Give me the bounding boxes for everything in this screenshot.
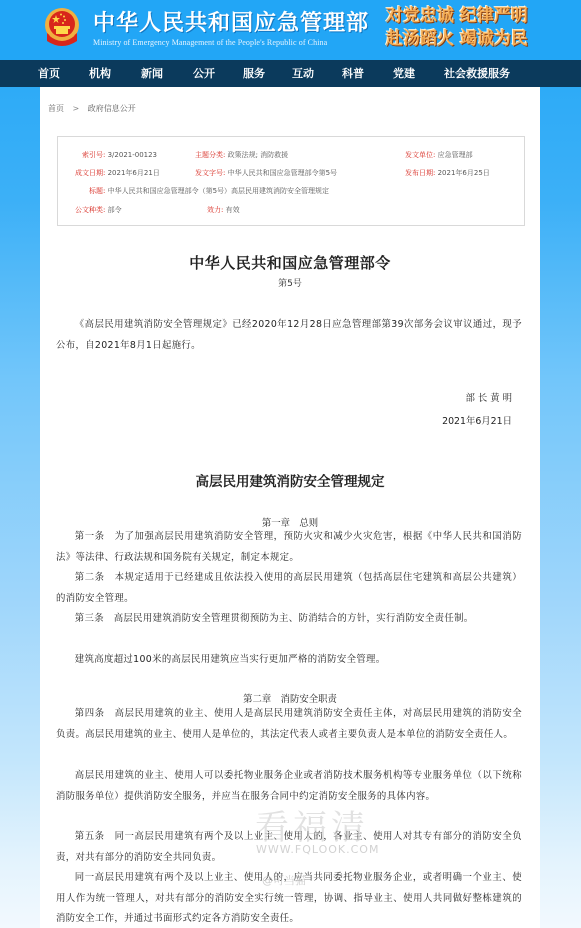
meta-category-label: 主题分类: <box>195 151 225 159</box>
meta-issuer-label: 发文单位: <box>405 151 435 159</box>
meta-validity-value: 有效 <box>226 206 240 214</box>
article-4: 第四条 高层民用建筑的业主、使用人是高层民用建筑消防安全责任主体，对高层民用建筑… <box>56 704 522 745</box>
nav-item-services[interactable]: 服务 <box>243 60 265 87</box>
document-title: 中华人民共和国应急管理部令 <box>40 252 540 273</box>
article-5-paragraph-2: 同一高层民用建筑有两个及以上业主、使用人的，应当共同委托物业服务企业，或者明确一… <box>56 868 522 928</box>
nav-item-home[interactable]: 首页 <box>38 60 60 87</box>
site-title[interactable]: 中华人民共和国应急管理部 <box>93 6 369 37</box>
meta-doc-no-label: 发文字号: <box>195 169 225 177</box>
national-emblem-icon[interactable] <box>42 7 82 50</box>
article-5: 第五条 同一高层民用建筑有两个及以上业主、使用人的，各业主、使用人对其专有部分的… <box>56 827 522 868</box>
site-subtitle: Ministry of Emergency Management of the … <box>93 38 327 47</box>
meta-date-written-value: 2021年6月21日 <box>108 169 160 177</box>
meta-publish-date: 发布日期: 2021年6月25日 <box>405 168 490 178</box>
meta-title-value: 中华人民共和国应急管理部令（第5号）高层民用建筑消防安全管理规定 <box>108 187 329 195</box>
meta-index: 索引号: 3/2021-00123 <box>82 150 157 160</box>
site-header: 中华人民共和国应急管理部 Ministry of Emergency Manag… <box>0 0 581 60</box>
metadata-box: 索引号: 3/2021-00123 主题分类: 政策法规; 消防救援 发文单位:… <box>57 136 525 226</box>
main-nav: 首页 机构 新闻 公开 服务 互动 科普 党建 社会救援服务 <box>0 60 581 87</box>
nav-item-organization[interactable]: 机构 <box>89 60 111 87</box>
meta-index-value: 3/2021-00123 <box>108 151 157 159</box>
meta-issuer: 发文单位: 应急管理部 <box>405 150 473 160</box>
meta-doc-no: 发文字号: 中华人民共和国应急管理部令第5号 <box>195 168 337 178</box>
meta-title-label: 标题: <box>89 187 105 195</box>
chapter-2-heading: 第二章 消防安全职责 <box>40 691 540 705</box>
nav-item-news[interactable]: 新闻 <box>141 60 163 87</box>
meta-doc-type-label: 公文种类: <box>75 206 105 214</box>
nav-item-disclosure[interactable]: 公开 <box>193 60 215 87</box>
meta-category: 主题分类: 政策法规; 消防救援 <box>195 150 288 160</box>
slogan-line-1: 对党忠诚 纪律严明 <box>386 5 546 28</box>
signer: 部 长 黄 明 <box>466 390 512 404</box>
meta-title: 标题: 中华人民共和国应急管理部令（第5号）高层民用建筑消防安全管理规定 <box>89 186 329 196</box>
slogan: 对党忠诚 纪律严明 赴汤蹈火 竭诚为民 <box>386 5 546 51</box>
nav-item-party[interactable]: 党建 <box>393 60 415 87</box>
meta-doc-type: 公文种类: 部令 <box>75 205 122 215</box>
nav-item-rescue-services[interactable]: 社会救援服务 <box>444 60 510 87</box>
article-1: 第一条 为了加强高层民用建筑消防安全管理，预防火灾和减少火灾危害，根据《中华人民… <box>56 527 522 568</box>
regulation-title: 高层民用建筑消防安全管理规定 <box>40 470 540 490</box>
meta-issuer-value: 应急管理部 <box>438 151 473 159</box>
meta-doc-no-value: 中华人民共和国应急管理部令第5号 <box>228 169 337 177</box>
content-panel: 首页 > 政府信息公开 索引号: 3/2021-00123 主题分类: 政策法规… <box>40 87 540 928</box>
sign-date: 2021年6月21日 <box>442 413 512 427</box>
breadcrumb-separator: > <box>73 104 80 113</box>
breadcrumb-gov-info[interactable]: 政府信息公开 <box>88 104 136 113</box>
article-2: 第二条 本规定适用于已经建成且依法投入使用的高层民用建筑（包括高层住宅建筑和高层… <box>56 568 522 609</box>
slogan-line-2: 赴汤蹈火 竭诚为民 <box>386 28 546 51</box>
meta-index-label: 索引号: <box>82 151 105 159</box>
meta-publish-date-label: 发布日期: <box>405 169 435 177</box>
intro-paragraph: 《高层民用建筑消防安全管理规定》已经2020年12月28日应急管理部第39次部务… <box>56 315 522 356</box>
meta-category-value: 政策法规; 消防救援 <box>228 151 289 159</box>
nav-item-interaction[interactable]: 互动 <box>292 60 314 87</box>
document-number: 第5号 <box>40 276 540 289</box>
article-3: 第三条 高层民用建筑消防安全管理贯彻预防为主、防消结合的方针，实行消防安全责任制… <box>56 609 522 630</box>
article-3-paragraph-2: 建筑高度超过100米的高层民用建筑应当实行更加严格的消防安全管理。 <box>56 650 522 671</box>
breadcrumb-home[interactable]: 首页 <box>48 104 64 113</box>
meta-doc-type-value: 部令 <box>108 206 122 214</box>
meta-validity: 效力: 有效 <box>207 205 240 215</box>
meta-validity-label: 效力: <box>207 206 223 214</box>
meta-date-written-label: 成文日期: <box>75 169 105 177</box>
article-4-paragraph-2: 高层民用建筑的业主、使用人可以委托物业服务企业或者消防技术服务机构等专业服务单位… <box>56 766 522 807</box>
meta-date-written: 成文日期: 2021年6月21日 <box>75 168 160 178</box>
breadcrumb: 首页 > 政府信息公开 <box>48 103 142 114</box>
meta-publish-date-value: 2021年6月25日 <box>438 169 490 177</box>
nav-item-science[interactable]: 科普 <box>342 60 364 87</box>
